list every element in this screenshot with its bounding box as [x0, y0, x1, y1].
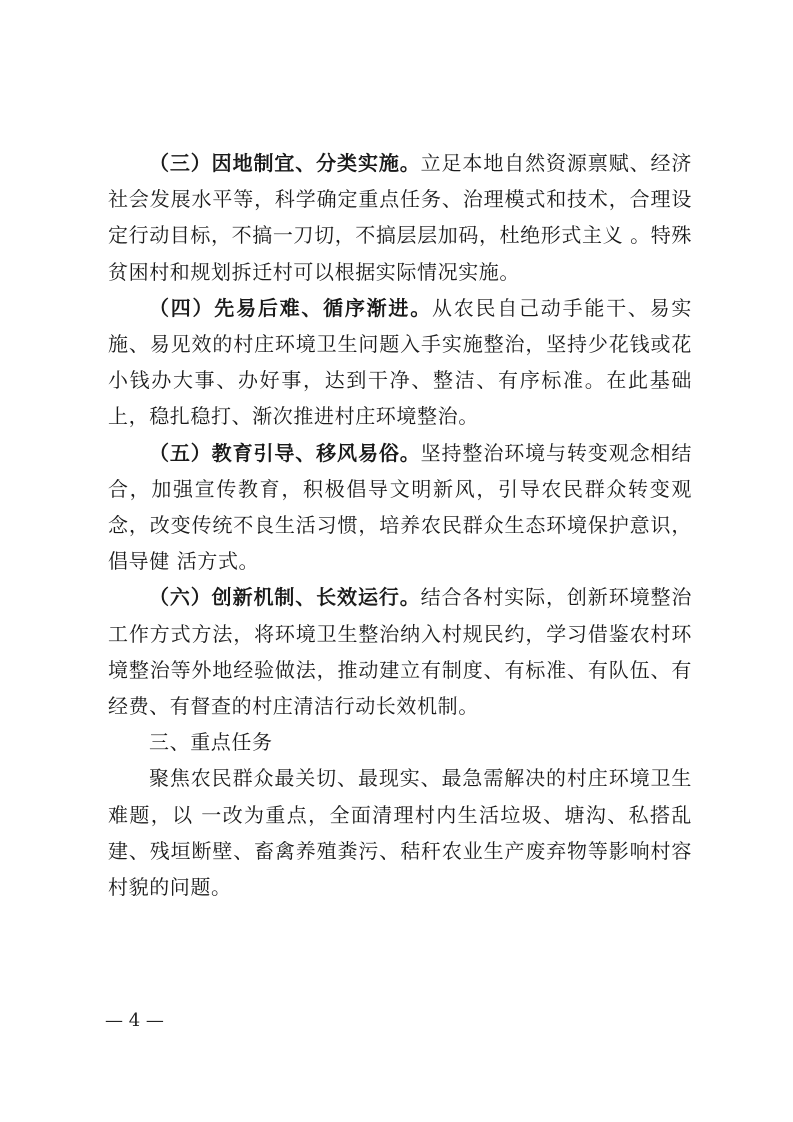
paragraph-lead: （三）因地制宜、分类实施。 [149, 151, 421, 175]
paragraph-3: （三）因地制宜、分类实施。立足本地自然资源禀赋、经济社会发展水平等，科学确定重点… [108, 145, 692, 290]
page-number: — 4 — [105, 1010, 164, 1031]
paragraph-lead: （四）先易后难、循序渐进。 [149, 296, 432, 320]
paragraph-lead: （五）教育引导、移风易俗。 [149, 441, 421, 465]
section-paragraph: 聚焦农民群众最关切、最现实、最急需解决的村庄环境卫生难题，以 一改为重点，全面清… [108, 760, 692, 905]
section-heading: 三、重点任务 [108, 724, 692, 760]
paragraph-lead: （六）创新机制、长效运行。 [149, 585, 421, 609]
document-body: （三）因地制宜、分类实施。立足本地自然资源禀赋、经济社会发展水平等，科学确定重点… [108, 145, 692, 905]
paragraph-6: （六）创新机制、长效运行。结合各村实际，创新环境整治工作方式方法，将环境卫生整治… [108, 579, 692, 724]
paragraph-4: （四）先易后难、循序渐进。从农民自己动手能干、易实施、易见效的村庄环境卫生问题入… [108, 290, 692, 435]
paragraph-5: （五）教育引导、移风易俗。坚持整治环境与转变观念相结合，加强宣传教育，积极倡导文… [108, 435, 692, 580]
